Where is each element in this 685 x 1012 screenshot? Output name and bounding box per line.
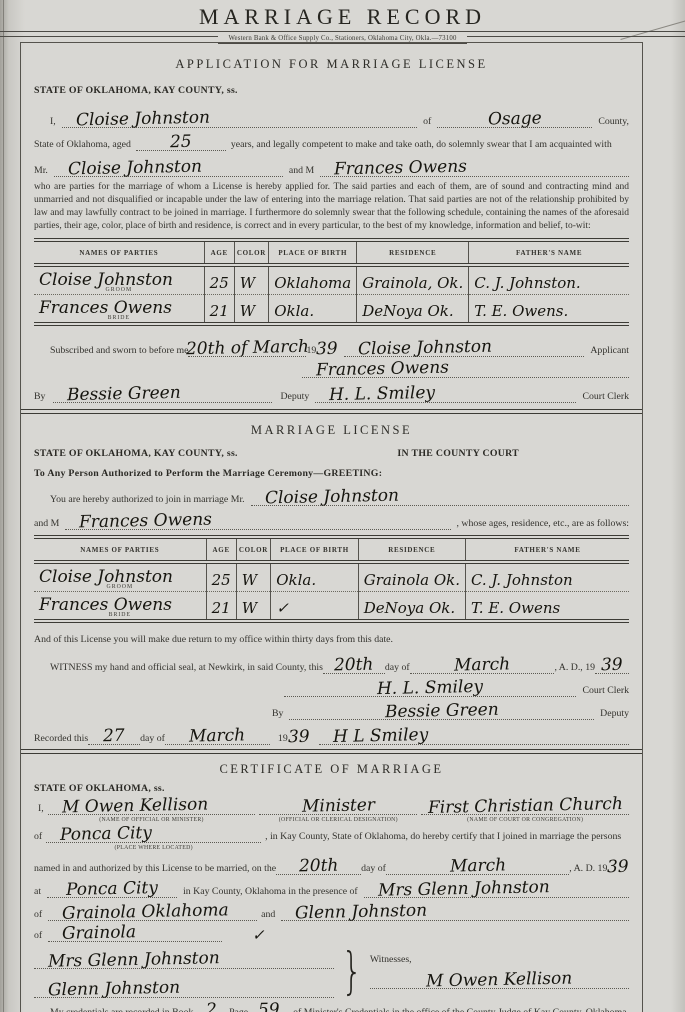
county-court-label: IN THE COUNTY COURT: [397, 448, 519, 459]
application-schedule-table: NAMES OF PARTIES AGE COLOR PLACE OF BIRT…: [34, 238, 629, 326]
recorded-day-of-label: day of: [140, 732, 165, 745]
age-blank: 25: [136, 134, 226, 151]
applicant-name-blank: Cloise Johnston: [62, 111, 417, 128]
authorize-prefix: You are hereby authorized to join in mar…: [50, 493, 245, 506]
recorded-month-handwritten: March: [189, 727, 245, 745]
officiant-column: Witnesses, M Owen Kellison: [370, 953, 629, 989]
bride-father-entry: T. E. Owens.: [474, 302, 568, 320]
ad-label: , A. D., 19: [554, 661, 595, 674]
county-blank: Osage: [437, 111, 592, 128]
sworn-year-handwritten: 39: [316, 341, 338, 358]
ceremony-place-blank: Ponca City: [47, 881, 177, 898]
minister-name-handwritten: M Owen Kellison: [62, 796, 209, 816]
groom-residence-entry: Grainola, Ok.: [362, 274, 463, 292]
license-bride-line: and M Frances Owens , whose ages, reside…: [34, 506, 629, 530]
parties-line: Mr. Cloise Johnston and M Frances Owens: [34, 153, 629, 177]
license-state-line: STATE OF OKLAHOMA, KAY COUNTY, ss.: [34, 448, 238, 459]
groom-color-cell: W: [236, 562, 270, 592]
recorded-month-blank: March: [165, 728, 270, 745]
ceremony-place-line: at Ponca City in Kay County, Oklahoma in…: [34, 875, 629, 898]
i-label: I,: [38, 802, 44, 824]
header-age: AGE: [204, 240, 234, 265]
deputy-signature: Bessie Green: [67, 385, 181, 404]
license-schedule-table: NAMES OF PARTIES AGE COLOR PLACE OF BIRT…: [34, 535, 629, 623]
by-label: By: [34, 390, 45, 403]
header-color: COLOR: [234, 240, 268, 265]
bride-name-entry: Frances Owens: [39, 298, 172, 318]
certify-suffix: , in Kay County, State of Oklahoma, do h…: [265, 830, 621, 852]
applicant-name-handwritten: Cloise Johnston: [76, 110, 210, 130]
bride-age-entry: 21: [212, 599, 231, 617]
credentials-line: My credentials are recorded in Book 2 Pa…: [34, 1001, 629, 1012]
bride-birth-cell: ✓: [271, 592, 359, 622]
groom-color-cell: W: [234, 265, 268, 295]
designation-blank: Minister: [259, 798, 417, 815]
bride-signature: Frances Owens: [316, 360, 449, 380]
witness-day-blank: 20th: [323, 657, 385, 674]
witnesses-block: Mrs Glenn Johnston Glenn Johnston } Witn…: [34, 944, 629, 998]
place-blank: Ponca City: [46, 826, 261, 843]
groom-age-cell: 25: [204, 265, 234, 295]
groom-table-row: Cloise JohnstonGROOM 25 W Oklahoma Grain…: [34, 265, 629, 295]
license-deputy-signature-blank: Bessie Green: [289, 703, 594, 720]
witness2-residence-handwritten: Grainola: [62, 924, 136, 943]
sworn-date-handwritten: 20th of March: [186, 339, 309, 359]
by-label: By: [272, 707, 283, 720]
clerk-label: Court Clerk: [582, 684, 629, 697]
recorded-line: Recorded this 27 day of March 19 39 H L …: [34, 720, 629, 745]
groom-name-handwritten: Cloise Johnston: [68, 159, 202, 179]
groom-father-entry: C. J. Johnston: [471, 571, 573, 589]
recorded-signature-blank: H L Smiley: [319, 728, 629, 745]
header-fathers-name: FATHER'S NAME: [465, 537, 629, 562]
bride-residence-entry: DeNoya Ok.: [364, 599, 455, 617]
document-frame: APPLICATION FOR MARRIAGE LICENSE STATE O…: [20, 42, 643, 1012]
witness-year-handwritten: 39: [601, 657, 623, 674]
place-line: of Ponca City (PLACE WHERE LOCATED) , in…: [34, 824, 629, 852]
witness-signature1-blank: Mrs Glenn Johnston: [34, 944, 334, 969]
license-table-header-row: NAMES OF PARTIES AGE COLOR PLACE OF BIRT…: [34, 537, 629, 562]
license-clerk-line: H. L. Smiley Court Clerk: [34, 674, 629, 697]
witness-signatures-column: Mrs Glenn Johnston Glenn Johnston: [34, 944, 334, 998]
ceremony-year-handwritten: 39: [607, 859, 629, 876]
i-label: I,: [50, 115, 56, 128]
recorded-year-handwritten: 39: [288, 729, 310, 746]
designation-caption: (OFFICIAL OR CLERICAL DESIGNATION): [259, 815, 417, 824]
witness1-residence-handwritten: Grainola Oklahoma: [62, 902, 229, 922]
of-label: of: [423, 115, 431, 128]
of-label: of: [34, 929, 42, 942]
aged-prefix: State of Oklahoma, aged: [34, 138, 131, 151]
of-label: of: [34, 830, 42, 852]
groom-birth-entry: Okla.: [276, 571, 316, 589]
groom-birth-cell: Oklahoma: [269, 265, 357, 295]
deputy-label: Deputy: [600, 707, 629, 720]
clerk-label: Court Clerk: [582, 390, 629, 403]
witness2-name-blank: Glenn Johnston: [281, 904, 629, 921]
bride-color-cell: W: [234, 295, 268, 325]
ditto-check-mark: ✓: [252, 928, 265, 943]
license-heading: MARRIAGE LICENSE: [34, 423, 629, 438]
application-state-line: STATE OF OKLAHOMA, KAY COUNTY, ss.: [34, 85, 629, 96]
witness-month-handwritten: March: [454, 656, 510, 674]
ceremony-month-blank: March: [386, 858, 569, 875]
clerk-signature: H. L. Smiley: [329, 385, 435, 404]
applicant-line: I, Cloise Johnston of Osage County,: [34, 104, 629, 128]
place-handwritten: Ponca City: [60, 825, 152, 844]
witness-signature2: Glenn Johnston: [48, 980, 180, 1000]
designation-handwritten: Minister: [302, 797, 375, 816]
county-handwritten: Osage: [488, 110, 542, 128]
groom-age-entry: 25: [210, 274, 229, 292]
clerk-signature-blank: H. L. Smiley: [315, 386, 576, 403]
sworn-line: Subscribed and sworn to before me 20th o…: [34, 334, 629, 357]
sworn-prefix: Subscribed and sworn to before me: [50, 344, 188, 357]
witness-signature1: Mrs Glenn Johnston: [48, 950, 220, 971]
officiant-signature: M Owen Kellison: [426, 970, 573, 990]
license-bride-handwritten: Frances Owens: [79, 512, 212, 532]
header-fathers-name: FATHER'S NAME: [469, 240, 629, 265]
groom-name-cell: Cloise JohnstonGROOM: [34, 562, 206, 592]
groom-age-entry: 25: [212, 571, 231, 589]
ceremony-date-line: named in and authorized by this License …: [34, 852, 629, 875]
congregation-handwritten: First Christian Church: [428, 796, 623, 817]
header-names-of-parties: NAMES OF PARTIES: [34, 537, 206, 562]
bride-color-entry: W: [242, 599, 257, 617]
ceremony-day-handwritten: 20th: [299, 858, 339, 876]
witness2-name-handwritten: Glenn Johnston: [295, 903, 427, 923]
named-prefix: named in and authorized by this License …: [34, 862, 276, 875]
authorize-line: You are hereby authorized to join in mar…: [34, 482, 629, 506]
license-deputy-signature: Bessie Green: [385, 702, 499, 721]
witness-prefix: WITNESS my hand and official seal, at Ne…: [50, 661, 323, 674]
bride-age-cell: 21: [206, 592, 236, 622]
groom-father-entry: C. J. Johnston.: [474, 274, 580, 292]
witness-year-blank: 39: [595, 657, 629, 674]
at-label: at: [34, 885, 41, 898]
page-label: Page: [229, 1006, 248, 1012]
groom-color-entry: W: [242, 571, 257, 589]
book-number-handwritten: 2: [206, 1002, 217, 1012]
bride-birth-cell: Okla.: [269, 295, 357, 325]
scan-line: [3, 0, 4, 1012]
recorded-year-prefix: 19: [278, 732, 288, 745]
witness1-residence-blank: Grainola Oklahoma: [48, 904, 257, 921]
deputy-signature-blank: Bessie Green: [53, 386, 272, 403]
ceremony-day-blank: 20th: [276, 858, 361, 875]
groom-father-cell: C. J. Johnston: [465, 562, 629, 592]
header-residence: RESIDENCE: [358, 537, 465, 562]
section-divider: [21, 409, 642, 414]
header-place-of-birth: PLACE OF BIRTH: [271, 537, 359, 562]
bride-name-cell: Frances OwensBRIDE: [34, 295, 204, 325]
witness-day-handwritten: 20th: [334, 657, 374, 675]
bride-signature-line: Frances Owens: [34, 357, 629, 378]
groom-father-cell: C. J. Johnston.: [469, 265, 629, 295]
bride-father-cell: T. E. Owens: [465, 592, 629, 622]
license-state-court-line: STATE OF OKLAHOMA, KAY COUNTY, ss. IN TH…: [34, 448, 629, 459]
follows-suffix: , whose ages, residence, etc., are as fo…: [457, 517, 629, 530]
bride-age-cell: 21: [204, 295, 234, 325]
bride-color-entry: W: [240, 302, 255, 320]
bride-name-cell: Frances OwensBRIDE: [34, 592, 206, 622]
certificate-heading: CERTIFICATE OF MARRIAGE: [34, 762, 629, 777]
application-paragraph: who are parties for the marriage of whom…: [34, 181, 629, 233]
groom-residence-cell: Grainola Ok.: [358, 562, 465, 592]
county-suffix: County,: [598, 115, 629, 128]
minister-name-blank: M Owen Kellison: [48, 798, 256, 815]
application-heading: APPLICATION FOR MARRIAGE LICENSE: [34, 57, 629, 72]
groom-age-cell: 25: [206, 562, 236, 592]
witness1-name-blank: Mrs Glenn Johnston: [364, 881, 629, 898]
groom-name-blank: Cloise Johnston: [54, 160, 283, 177]
recorded-day-handwritten: 27: [103, 728, 125, 745]
ad-label: , A. D. 19: [569, 862, 607, 875]
groom-table-row: Cloise JohnstonGROOM 25 W Okla. Grainola…: [34, 562, 629, 592]
license-groom-blank: Cloise Johnston: [251, 489, 629, 506]
applicant-signature-blank: Cloise Johnston: [344, 340, 584, 357]
bride-table-row: Frances OwensBRIDE 21 W ✓ DeNoya Ok. T. …: [34, 592, 629, 622]
credentials-prefix: My credentials are recorded in Book: [50, 1006, 193, 1012]
document-content: APPLICATION FOR MARRIAGE LICENSE STATE O…: [21, 57, 642, 1012]
header-age: AGE: [206, 537, 236, 562]
recorded-prefix: Recorded this: [34, 732, 88, 745]
bride-color-cell: W: [236, 592, 270, 622]
bride-father-entry: T. E. Owens: [471, 599, 560, 617]
and-m-label: and M: [289, 164, 314, 177]
day-of-label: day of: [385, 661, 410, 674]
clerk-line: By Bessie Green Deputy H. L. Smiley Cour…: [34, 380, 629, 403]
bride-name-blank: Frances Owens: [320, 160, 629, 177]
greeting-line: To Any Person Authorized to Perform the …: [34, 468, 629, 479]
witness1-name-handwritten: Mrs Glenn Johnston: [377, 879, 549, 900]
license-clerk-signature-blank: H. L. Smiley: [284, 680, 577, 697]
of-label: of: [34, 908, 42, 921]
bride-name-handwritten: Frances Owens: [334, 159, 467, 179]
witness-signature2-blank: Glenn Johnston: [34, 973, 334, 998]
header-place-of-birth: PLACE OF BIRTH: [269, 240, 357, 265]
witnesses-label: Witnesses,: [370, 953, 629, 966]
license-groom-handwritten: Cloise Johnston: [264, 488, 398, 508]
deputy-label: Deputy: [280, 390, 309, 403]
place-field: Ponca City (PLACE WHERE LOCATED): [46, 826, 261, 852]
minister-name-field: M Owen Kellison (NAME OF OFFICIAL OR MIN…: [48, 798, 256, 824]
ceremony-month-handwritten: March: [449, 857, 505, 875]
book-number-blank: 2: [193, 1002, 229, 1012]
bride-birth-entry: Okla.: [274, 302, 314, 320]
congregation-blank: First Christian Church: [421, 798, 629, 815]
license-clerk-signature: H. L. Smiley: [377, 679, 483, 698]
applicant-signature: Cloise Johnston: [358, 339, 492, 359]
application-table-header-row: NAMES OF PARTIES AGE COLOR PLACE OF BIRT…: [34, 240, 629, 265]
presence-label: in Kay County, Oklahoma in the presence …: [183, 885, 358, 898]
officiant-signature-blank: M Owen Kellison: [370, 966, 629, 989]
designation-field: Minister (OFFICIAL OR CLERICAL DESIGNATI…: [259, 798, 417, 824]
page-number-handwritten: 59: [258, 1002, 280, 1012]
bride-father-cell: T. E. Owens.: [469, 295, 629, 325]
header-color: COLOR: [236, 537, 270, 562]
age-handwritten: 25: [170, 134, 192, 151]
sworn-date-blank: 20th of March: [188, 340, 306, 357]
certificate-state-line: STATE OF OKLAHOMA, ss.: [34, 783, 629, 794]
witness-month-blank: March: [410, 657, 555, 674]
recorded-day-blank: 27: [88, 728, 140, 745]
license-and-m-label: and M: [34, 517, 59, 530]
section-divider: [21, 749, 642, 754]
minister-line: I, M Owen Kellison (NAME OF OFFICIAL OR …: [34, 796, 629, 824]
aged-suffix: years, and legally competent to make and…: [231, 138, 612, 151]
groom-residence-cell: Grainola, Ok.: [357, 265, 469, 295]
ceremony-place-handwritten: Ponca City: [66, 880, 158, 899]
recorded-signature: H L Smiley: [333, 727, 429, 746]
bride-table-row: Frances OwensBRIDE 21 W Okla. DeNoya Ok.…: [34, 295, 629, 325]
congregation-field: First Christian Church (NAME OF COURT OR…: [421, 798, 629, 824]
bride-residence-cell: DeNoya Ok.: [357, 295, 469, 325]
groom-residence-entry: Grainola Ok.: [364, 571, 460, 589]
and-label: and: [261, 908, 275, 921]
header-residence: RESIDENCE: [357, 240, 469, 265]
bride-birth-ditto-mark: ✓: [276, 599, 289, 617]
witness2-residence-line: of Grainola ✓: [34, 921, 629, 942]
license-bride-blank: Frances Owens: [65, 513, 450, 530]
applicant-label: Applicant: [590, 344, 629, 357]
bride-name-entry: Frances Owens: [39, 595, 172, 615]
license-deputy-line: By Bessie Green Deputy: [34, 697, 629, 720]
witness1-residence-line: of Grainola Oklahoma and Glenn Johnston: [34, 898, 629, 921]
groom-name-cell: Cloise JohnstonGROOM: [34, 265, 204, 295]
groom-birth-cell: Okla.: [271, 562, 359, 592]
header-names-of-parties: NAMES OF PARTIES: [34, 240, 204, 265]
scan-edge-right: [671, 0, 685, 1012]
witness-line: WITNESS my hand and official seal, at Ne…: [34, 649, 629, 674]
groom-birth-entry: Oklahoma: [274, 274, 351, 292]
day-of-label: day of: [361, 862, 386, 875]
bride-age-entry: 21: [210, 302, 229, 320]
witness2-residence-blank: Grainola: [48, 925, 222, 942]
credentials-suffix: of Minister's Credentials in the office …: [293, 1006, 629, 1012]
page-number-blank: 59: [248, 1002, 289, 1012]
brace-glyph: }: [342, 948, 363, 994]
return-line: And of this License you will make due re…: [34, 633, 629, 646]
bride-signature-blank: Frances Owens: [302, 361, 629, 378]
mr-label: Mr.: [34, 164, 48, 177]
groom-color-entry: W: [240, 274, 255, 292]
bride-residence-cell: DeNoya Ok.: [358, 592, 465, 622]
bride-residence-entry: DeNoya Ok.: [362, 302, 453, 320]
age-line: State of Oklahoma, aged 25 years, and le…: [34, 130, 629, 151]
